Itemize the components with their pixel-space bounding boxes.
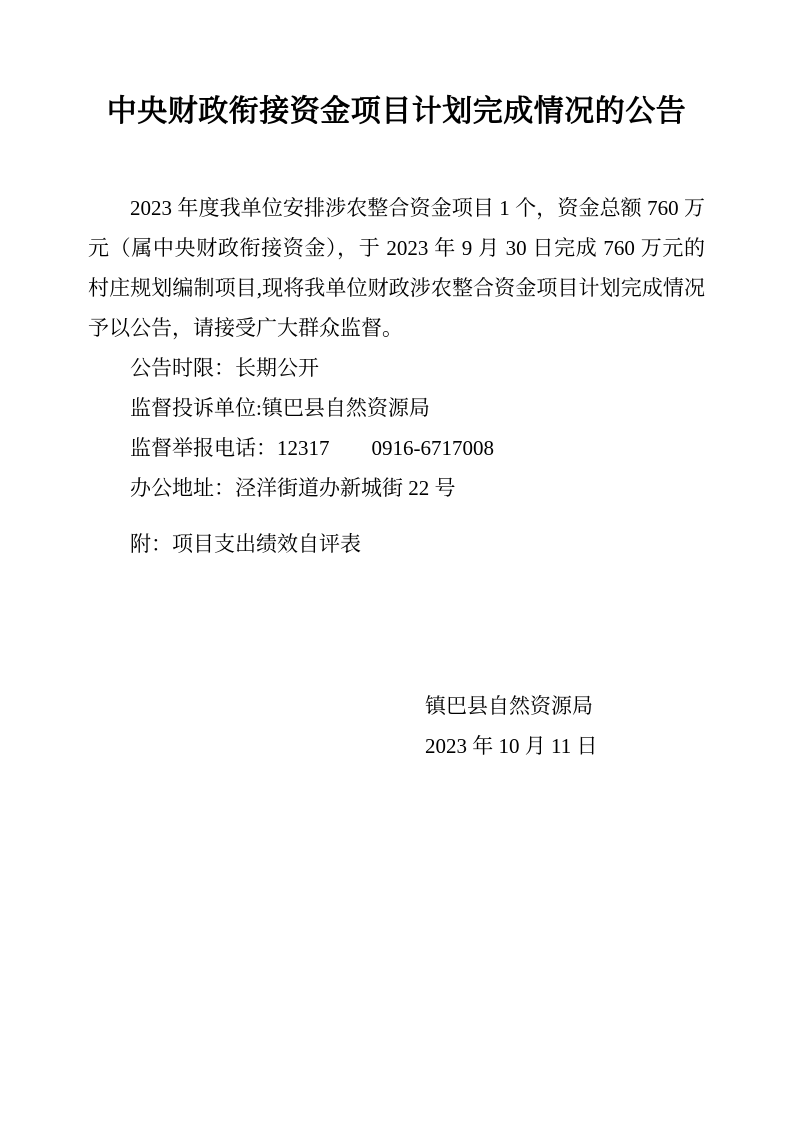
info-line-office-address: 办公地址：泾洋街道办新城街 22 号 xyxy=(130,468,705,508)
signature-date: 2023 年 10 月 11 日 xyxy=(425,726,705,766)
info-lines: 公告时限：长期公开 监督投诉单位:镇巴县自然资源局 监督举报电话：12317 0… xyxy=(88,348,705,508)
document-title: 中央财政衔接资金项目计划完成情况的公告 xyxy=(0,92,793,132)
announcement-paragraph: 2023 年度我单位安排涉农整合资金项目 1 个，资金总额 760 万元（属中央… xyxy=(88,188,705,348)
info-line-publicity-period: 公告时限：长期公开 xyxy=(130,348,705,388)
signature-block: 镇巴县自然资源局 2023 年 10 月 11 日 xyxy=(425,686,705,766)
info-line-report-phone: 监督举报电话：12317 0916-6717008 xyxy=(130,428,705,468)
document-page: 中央财政衔接资金项目计划完成情况的公告 2023 年度我单位安排涉农整合资金项目… xyxy=(0,0,793,1122)
document-body: 2023 年度我单位安排涉农整合资金项目 1 个，资金总额 760 万元（属中央… xyxy=(0,188,793,766)
info-line-supervision-unit: 监督投诉单位:镇巴县自然资源局 xyxy=(130,388,705,428)
attachment-line: 附：项目支出绩效自评表 xyxy=(130,524,705,564)
signature-org: 镇巴县自然资源局 xyxy=(425,686,705,726)
